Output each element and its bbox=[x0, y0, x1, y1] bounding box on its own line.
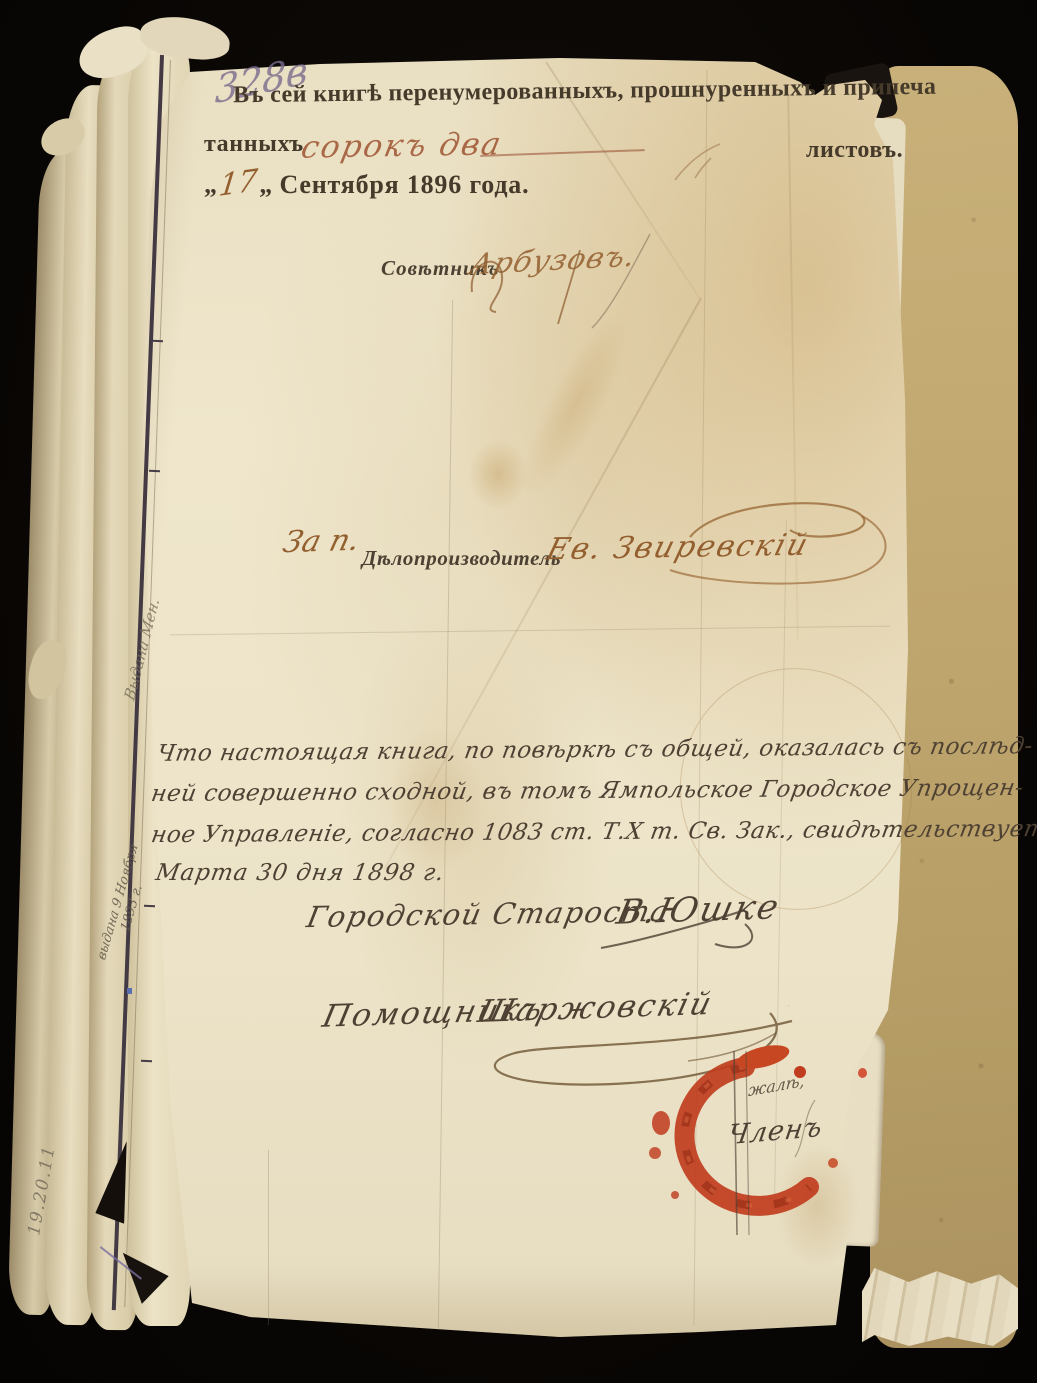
printed-header-line2-end: листовъ. bbox=[806, 137, 903, 164]
date-close-quote: „ bbox=[259, 170, 272, 199]
attestation-line4: Марта 30 дня 1898 г. bbox=[154, 860, 447, 886]
handwritten-sheet-count: сорокъ два bbox=[298, 126, 505, 165]
crumpled-paper-edge bbox=[862, 1268, 1018, 1346]
counselor-signature-flourish bbox=[460, 232, 680, 332]
date-rest: Сентября 1896 года. bbox=[272, 170, 529, 199]
faint-rule bbox=[268, 1150, 269, 1325]
clerk-prefix: За п. bbox=[279, 523, 363, 561]
date-line: „17„ Сентября 1896 года. bbox=[204, 166, 529, 201]
date-day-handwritten: 17 bbox=[217, 163, 259, 204]
stray-pen-stroke bbox=[665, 140, 725, 185]
archival-photo: 328в Въ сей книгѣ перенумерованныхъ, про… bbox=[0, 0, 1037, 1383]
printed-header-line2-start: танныхъ bbox=[204, 131, 304, 158]
starosta-signature-flourish bbox=[595, 900, 775, 970]
date-open-quote: „ bbox=[204, 170, 217, 199]
clerk-signature-flourish bbox=[650, 492, 920, 592]
blue-mark bbox=[127, 988, 132, 994]
clerk-label: Дѣлопроизводитель bbox=[362, 546, 561, 571]
